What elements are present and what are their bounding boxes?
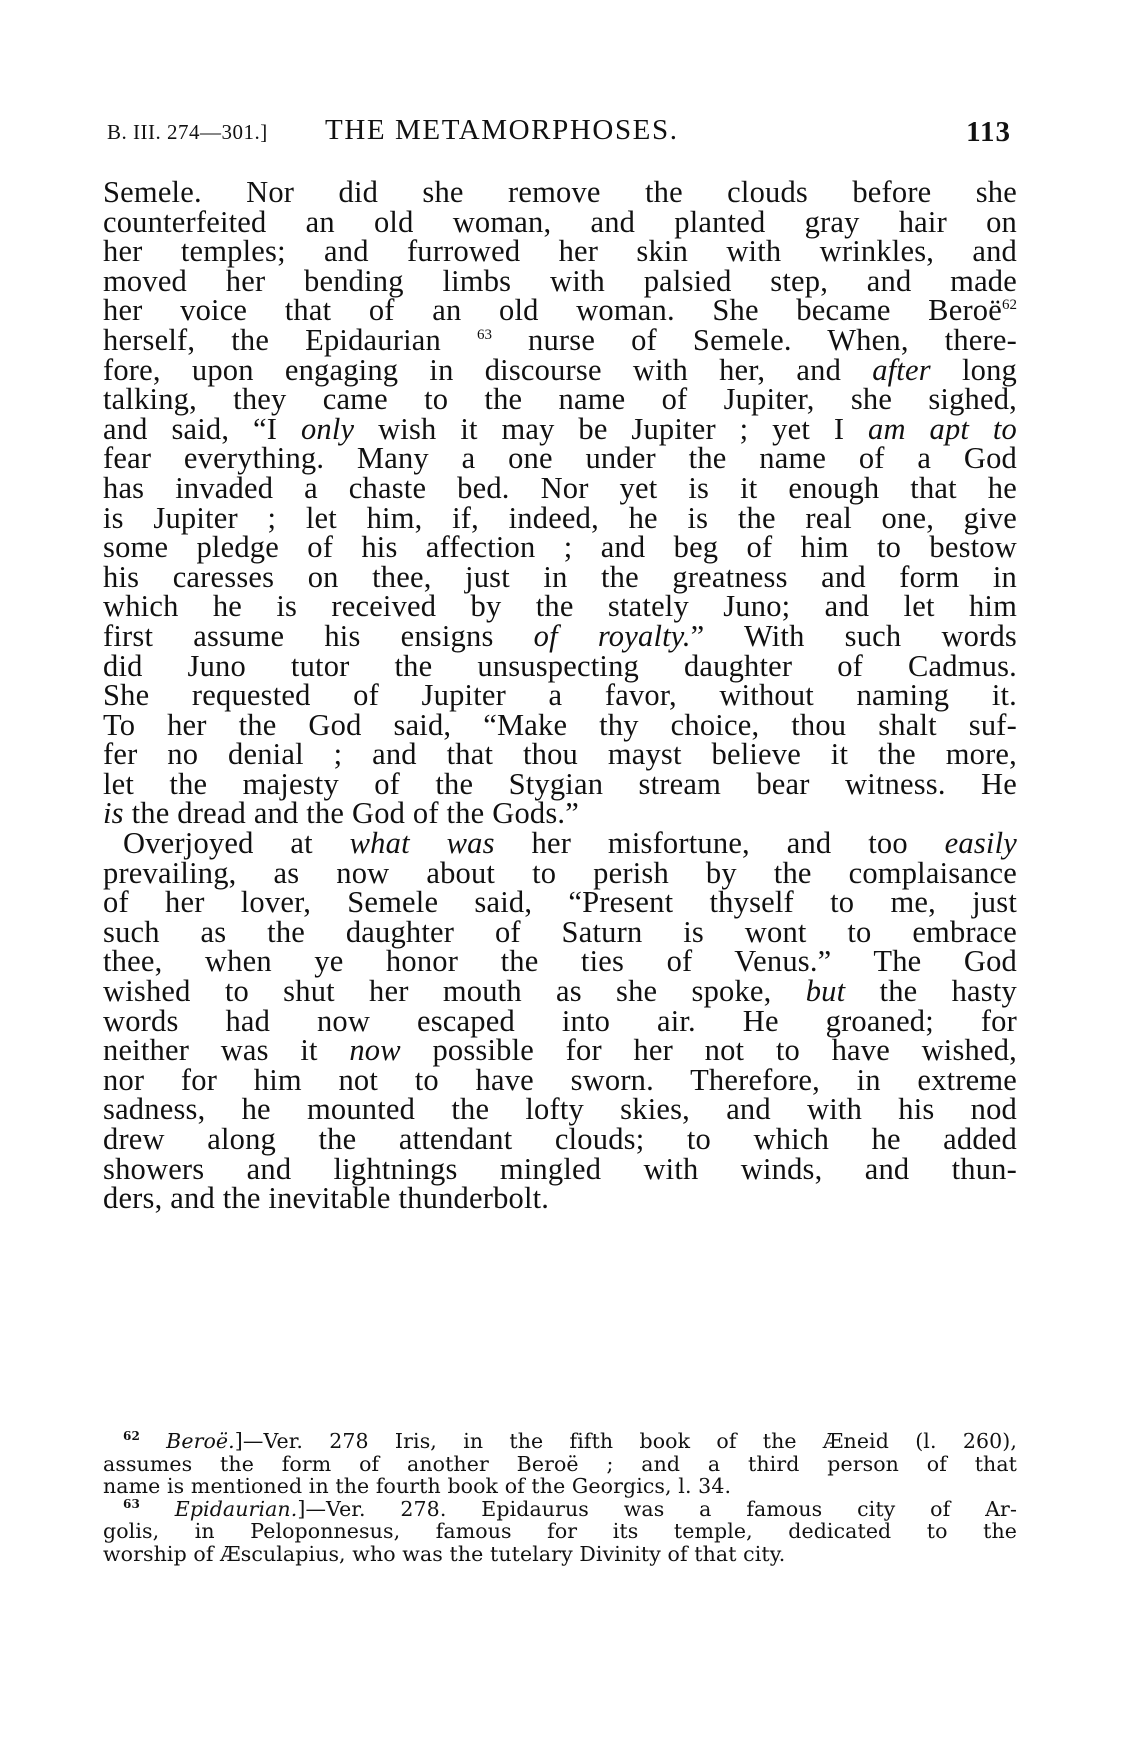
text-line: of her lover, Semele said, “Present thys…: [103, 888, 1017, 918]
text-line: fer no denial ; and that thou mayst beli…: [103, 740, 1017, 770]
footnotes: 62 Beroë.]—Ver. 278 Iris, in the fifth b…: [103, 1430, 1017, 1566]
text-line: such as the daughter of Saturn is wont t…: [103, 918, 1017, 948]
text-line: first assume his ensigns of royalty.” Wi…: [103, 622, 1017, 652]
text-line: fear everything. Many a one under the na…: [103, 444, 1017, 474]
text-line: drew along the attendant clouds; to whic…: [103, 1125, 1017, 1155]
text-line: which he is received by the stately Juno…: [103, 592, 1017, 622]
text-line: prevailing, as now about to perish by th…: [103, 859, 1017, 889]
text-line: her temples; and furrowed her skin with …: [103, 237, 1017, 267]
italic-text: is: [103, 796, 124, 830]
text-line: moved her bending limbs with palsied ste…: [103, 267, 1017, 297]
text-line: showers and lightnings mingled with wind…: [103, 1155, 1017, 1185]
text-line: herself, the Epidaurian 63 nurse of Seme…: [103, 326, 1017, 356]
text-line: let the majesty of the Stygian stream be…: [103, 770, 1017, 800]
text-line: did Juno tutor the unsuspecting daughter…: [103, 652, 1017, 682]
text-line: nor for him not to have sworn. Therefore…: [103, 1066, 1017, 1096]
footnote-line: name is mentioned in the fourth book of …: [103, 1475, 1017, 1498]
text-line: some pledge of his affection ; and beg o…: [103, 533, 1017, 563]
text-line: neither was it now possible for her not …: [103, 1036, 1017, 1066]
footnote-reference: 62: [1002, 297, 1017, 313]
text-line: words had now escaped into air. He groan…: [103, 1007, 1017, 1037]
text-line: She requested of Jupiter a favor, withou…: [103, 681, 1017, 711]
italic-text: what was: [350, 826, 495, 860]
page-number: 113: [966, 116, 1011, 149]
text-line: counterfeited an old woman, and planted …: [103, 208, 1017, 238]
text-line: talking, they came to the name of Jupite…: [103, 385, 1017, 415]
text-line: is the dread and the God of the Gods.”: [103, 799, 1017, 829]
text-line: sadness, he mounted the lofty skies, and…: [103, 1095, 1017, 1125]
text-line: her voice that of an old woman. She beca…: [103, 296, 1017, 326]
italic-text: Beroë.: [166, 1429, 235, 1453]
footnote-line: 62 Beroë.]—Ver. 278 Iris, in the fifth b…: [103, 1430, 1017, 1453]
footnote-number: 63: [123, 1497, 140, 1511]
footnote-number: 62: [123, 1429, 140, 1443]
italic-text: easily: [945, 826, 1017, 860]
italic-text: but: [806, 974, 846, 1008]
text-line: is Jupiter ; let him, if, indeed, he is …: [103, 504, 1017, 534]
text-line: and said, “I only wish it may be Jupiter…: [103, 415, 1017, 445]
footnote-reference: 63: [477, 327, 492, 343]
text-line: Overjoyed at what was her misfortune, an…: [103, 829, 1017, 859]
text-line: has invaded a chaste bed. Nor yet is it …: [103, 474, 1017, 504]
footnote-line: 63 Epidaurian.]—Ver. 278. Epidaurus was …: [103, 1498, 1017, 1521]
main-text: Semele. Nor did she remove the clouds be…: [103, 178, 1017, 1214]
book-line-reference: B. III. 274—301.]: [107, 120, 268, 145]
text-line: Semele. Nor did she remove the clouds be…: [103, 178, 1017, 208]
footnote-line: assumes the form of another Beroë ; and …: [103, 1453, 1017, 1476]
footnote-line: golis, in Peloponnesus, famous for its t…: [103, 1520, 1017, 1543]
text-line: thee, when ye honor the ties of Venus.” …: [103, 947, 1017, 977]
text-line: ders, and the inevitable thunderbolt.: [103, 1184, 1017, 1214]
italic-text: Epidaurian.: [175, 1497, 298, 1521]
page-title: THE METAMORPHOSES.: [325, 114, 679, 147]
text-line: his caresses on thee, just in the greatn…: [103, 563, 1017, 593]
text-line: wished to shut her mouth as she spoke, b…: [103, 977, 1017, 1007]
footnote-line: worship of Æsculapius, who was the tutel…: [103, 1543, 1017, 1566]
text-line: To her the God said, “Make thy choice, t…: [103, 711, 1017, 741]
running-head: B. III. 274—301.] THE METAMORPHOSES. 113: [103, 114, 1017, 148]
italic-text: of royalty.: [534, 619, 691, 653]
text-line: fore, upon engaging in discourse with he…: [103, 356, 1017, 386]
